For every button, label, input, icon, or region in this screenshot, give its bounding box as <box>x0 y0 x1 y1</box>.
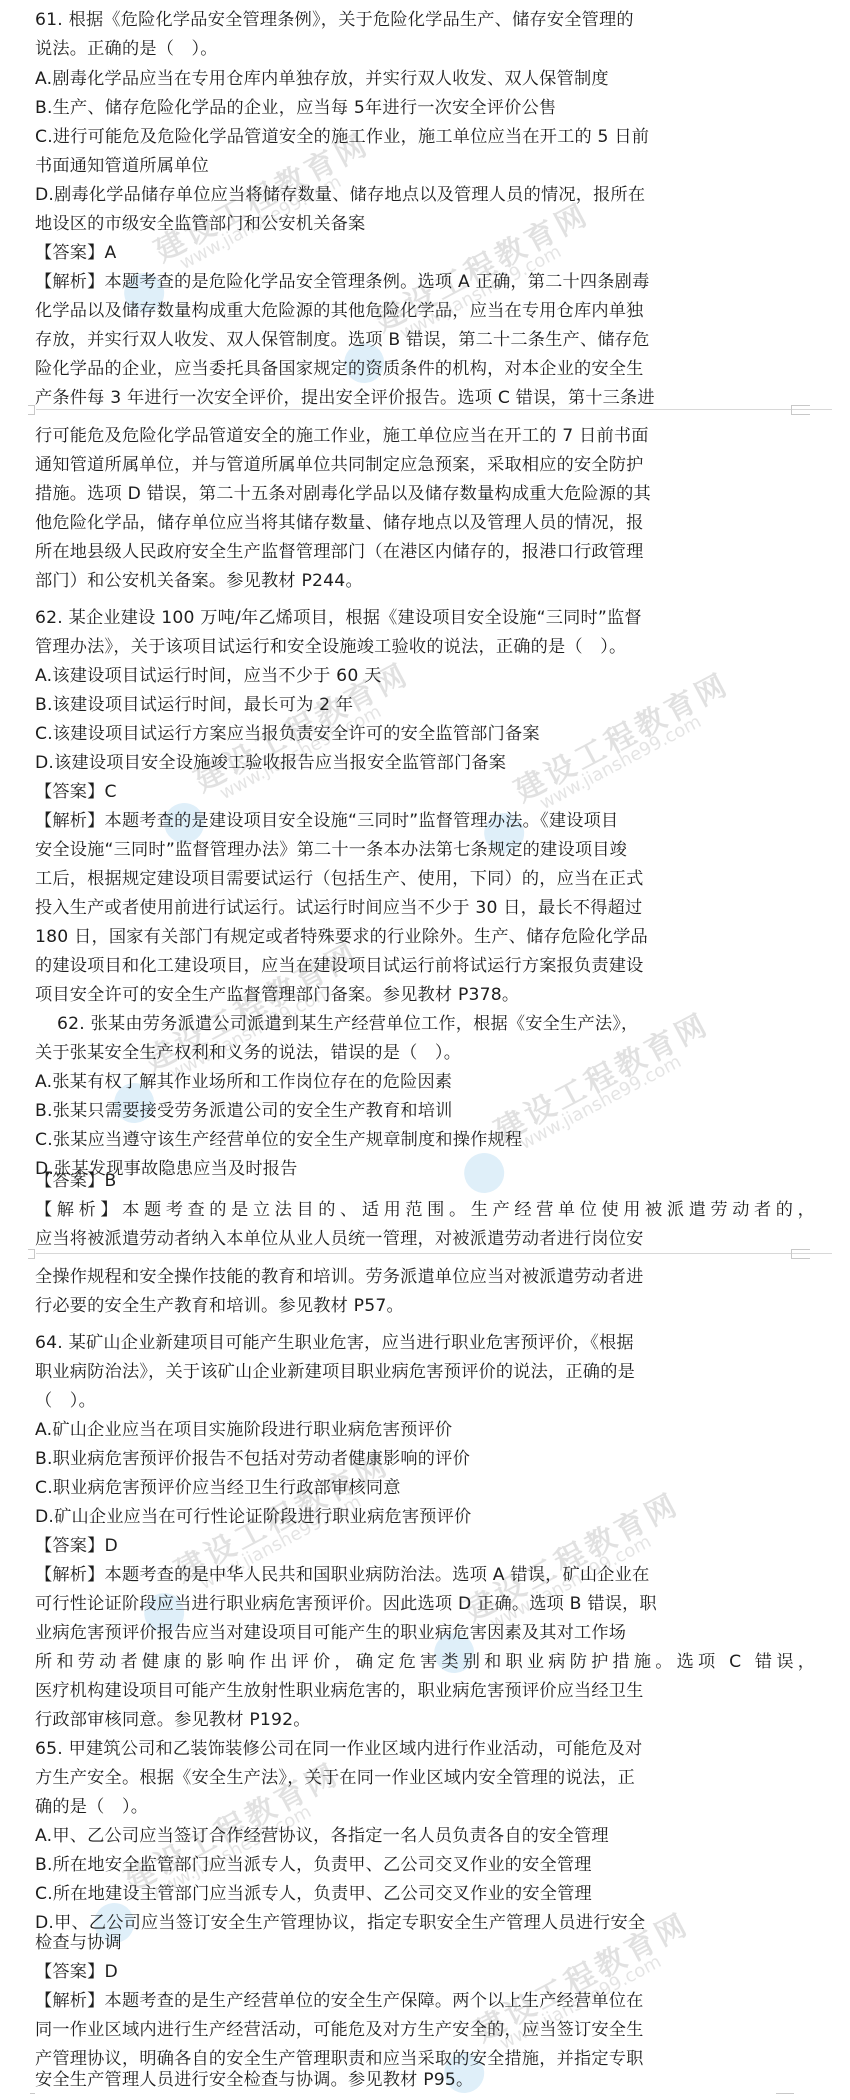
question-stem: 61. 根据《危险化学品安全管理条例》，关于危险化学品生产、储存安全管理的 <box>35 9 475 31</box>
text-line: 他危险化学品，储存单位应当将其储存数量、储存地点以及管理人员的情况，报 <box>35 512 475 534</box>
text-line: 产条件每 3 年进行一次安全评价，提出安全评价报告。选项 C 错误，第十三条进 <box>35 387 475 409</box>
watermark-text: 建设工程教育网 <box>505 659 736 810</box>
text-line: 行必要的安全生产教育和培训。参见教材 P57。 <box>35 1295 475 1317</box>
option-line: A.矿山企业应当在项目实施阶段进行职业病危害预评价 <box>35 1419 475 1441</box>
text-line: 应当将被派遣劳动者纳入本单位从业人员统一管理，对被派遣劳动者进行岗位安 <box>35 1228 475 1250</box>
text-line: 所和劳动者健康的影响作出评价，确定危害类别和职业病防护措施。选项 C 错误， <box>35 1651 475 1673</box>
text-line: 投入生产或者使用前进行试运行。试运行时间应当不少于 30 日，最长不得超过 <box>35 897 475 919</box>
analysis-line: 【解析】本题考查的是中华人民共和国职业病防治法。选项 A 错误，矿山企业在 <box>35 1564 475 1586</box>
question-stem: 62. 某企业建设 100 万吨/年乙烯项目，根据《建设项目安全设施“三同时”监… <box>35 607 475 629</box>
option-line: B.张某只需要接受劳务派遣公司的安全生产教育和培训 <box>35 1100 475 1122</box>
text-line: 地设区的市级安全监管部门和公安机关备案 <box>35 213 475 235</box>
text-line: 方生产安全。根据《安全生产法》，关于在同一作业区域内安全管理的说法，正 <box>35 1767 475 1789</box>
analysis-line: 【解析】本题考查的是立法目的、适用范围。生产经营单位使用被派遣劳动者的， <box>35 1199 475 1221</box>
text-line: （ ）。 <box>35 1390 475 1412</box>
watermark: 建设工程教育网www.jianshe99.com <box>450 1017 699 1200</box>
text-line: 安全设施“三同时”监督管理办法》第二十一条本办法第七条规定的建设项目竣 <box>35 839 475 861</box>
page-divider <box>36 409 832 410</box>
text-line: 180 日，国家有关部门有规定或者特殊要求的行业除外。生产、储存危险化学品 <box>35 926 475 948</box>
text-line: 检查与协调 <box>35 1932 475 1954</box>
text-line: 通知管道所属单位，并与管道所属单位共同制定应急预案，采取相应的安全防护 <box>35 454 475 476</box>
page-corner-mark <box>30 2093 35 2094</box>
text-line: 产管理协议，明确各自的安全生产管理职责和应当采取的安全措施，并指定专职 <box>35 2048 475 2070</box>
option-line: C.张某应当遵守该生产经营单位的安全生产规章制度和操作规程 <box>35 1129 475 1151</box>
text-line: 项目安全许可的安全生产监督管理部门备案。参见教材 P378。 <box>35 984 475 1006</box>
option-line: C.职业病危害预评价应当经卫生行政部审核同意 <box>35 1477 475 1499</box>
page-corner-mark <box>28 405 35 415</box>
text-line: 医疗机构建设项目可能产生放射性职业病危害的，职业病危害预评价应当经卫生 <box>35 1680 475 1702</box>
text-line: 同一作业区域内进行生产经营活动，可能危及对方生产安全的，应当签订安全生 <box>35 2019 475 2041</box>
question-stem: 64. 某矿山企业新建项目可能产生职业危害，应当进行职业危害预评价，《根据 <box>35 1332 475 1354</box>
text-line: 的建设项目和化工建设项目，应当在建设项目试运行前将试运行方案报负责建设 <box>35 955 475 977</box>
text-line: 部门）和公安机关备案。参见教材 P244。 <box>35 570 475 592</box>
text-line: 职业病防治法》，关于该矿山企业新建项目职业病危害预评价的说法，正确的是 <box>35 1361 475 1383</box>
option-line: C.该建设项目试运行方案应当报负责安全许可的安全监管部门备案 <box>35 723 475 745</box>
page-corner-mark <box>791 405 810 415</box>
text-line: 险化学品的企业，应当委托具备国家规定的资质条件的机构，对本企业的安全生 <box>35 358 475 380</box>
watermark: 建设工程教育网www.jianshe99.com <box>470 677 719 860</box>
option-line: A.张某有权了解其作业场所和工作岗位存在的危险因素 <box>35 1071 475 1093</box>
question-stem: 62. 张某由劳务派遣公司派遣到某生产经营单位工作，根据《安全生产法》， <box>57 1013 497 1035</box>
watermark-url: www.jianshe99.com <box>516 1051 684 1154</box>
text-line: 安全生产管理人员进行安全检查与协调。参见教材 P95。 <box>35 2069 475 2091</box>
page-break <box>28 1249 850 1259</box>
option-line: C.进行可能危及危险化学品管道安全的施工作业，施工单位应当在开工的 5 日前 <box>35 126 475 148</box>
option-line: A.甲、乙公司应当签订合作经营协议，各指定一名人员负责各自的安全管理 <box>35 1825 475 1847</box>
text-line: 工后，根据规定建设项目需要试运行（包括生产、使用，下同）的，应当在正式 <box>35 868 475 890</box>
text-line: 存放，并实行双人收发、双人保管制度。选项 B 错误，第二十二条生产、储存危 <box>35 329 475 351</box>
option-line: A.剧毒化学品应当在专用仓库内单独存放，并实行双人收发、双人保管制度 <box>35 68 475 90</box>
text-line: 全操作规程和安全操作技能的教育和培训。劳务派遣单位应当对被派遣劳动者进 <box>35 1266 475 1288</box>
text-line: 关于张某安全生产权利和义务的说法，错误的是（ ）。 <box>35 1042 475 1064</box>
analysis-line: 【解析】本题考查的是建设项目安全设施“三同时”监督管理办法。《建设项目 <box>35 810 475 832</box>
text-line: 业病危害预评价报告应当对建设项目可能产生的职业病危害因素及其对工作场 <box>35 1622 475 1644</box>
watermark-url: www.jianshe99.com <box>536 711 704 814</box>
text-line: 行可能危及危险化学品管道安全的施工作业，施工单位应当在开工的 7 日前书面 <box>35 425 475 447</box>
answer-line: 【答案】C <box>35 781 475 803</box>
option-line: A.该建设项目试运行时间，应当不少于 60 天 <box>35 665 475 687</box>
page-corner-mark <box>776 2093 794 2094</box>
answer-line: 【答案】B <box>35 1170 475 1192</box>
option-line: D.该建设项目安全设施竣工验收报告应当报安全监管部门备案 <box>35 752 475 774</box>
option-line: B.生产、储存危险化学品的企业，应当每 5年进行一次安全评价公售 <box>35 97 475 119</box>
option-line: D.矿山企业应当在可行性论证阶段进行职业病危害预评价 <box>35 1506 475 1528</box>
text-line: 确的是（ ）。 <box>35 1796 475 1818</box>
text-line: 说法。正确的是（ ）。 <box>35 38 475 60</box>
option-line: B.该建设项目试运行时间，最长可为 2 年 <box>35 694 475 716</box>
text-line: 化学品以及储存数量构成重大危险源的其他危险化学品，应当在专用仓库内单独 <box>35 300 475 322</box>
text-line: 书面通知管道所属单位 <box>35 155 475 177</box>
page-divider <box>36 1253 832 1254</box>
option-line: D.甲、乙公司应当签订安全生产管理协议，指定专职安全生产管理人员进行安全 <box>35 1912 475 1934</box>
text-line: 所在地县级人民政府安全生产监督管理部门（在港区内储存的，报港口行政管理 <box>35 541 475 563</box>
option-line: B.所在地安全监管部门应当派专人，负责甲、乙公司交叉作业的安全管理 <box>35 1854 475 1876</box>
option-line: C.所在地建设主管部门应当派专人，负责甲、乙公司交叉作业的安全管理 <box>35 1883 475 1905</box>
page-corner-mark <box>791 1249 810 1259</box>
page-corner-mark <box>28 1249 35 1259</box>
option-line: D.剧毒化学品储存单位应当将储存数量、储存地点以及管理人员的情况，报所在 <box>35 184 475 206</box>
analysis-line: 【解析】本题考查的是危险化学品安全管理条例。选项 A 正确，第二十四条剧毒 <box>35 271 475 293</box>
answer-line: 【答案】D <box>35 1535 475 1557</box>
analysis-line: 【解析】本题考查的是生产经营单位的安全生产保障。两个以上生产经营单位在 <box>35 1990 475 2012</box>
option-line: B.职业病危害预评价报告不包括对劳动者健康影响的评价 <box>35 1448 475 1470</box>
text-line: 可行性论证阶段应当进行职业病危害预评价。因此选项 D 正确。选项 B 错误，职 <box>35 1593 475 1615</box>
answer-line: 【答案】D <box>35 1961 475 1983</box>
text-line: 行政部审核同意。参见教材 P192。 <box>35 1709 475 1731</box>
text-line: 管理办法》，关于该项目试运行和安全设施竣工验收的说法，正确的是（ ）。 <box>35 636 475 658</box>
document-page: 建设工程教育网www.jianshe99.com建设工程教育网www.jians… <box>0 0 850 2100</box>
text-line: 措施。选项 D 错误，第二十五条对剧毒化学品以及储存数量构成重大危险源的其 <box>35 483 475 505</box>
answer-line: 【答案】A <box>35 242 475 264</box>
question-stem: 65. 甲建筑公司和乙装饰装修公司在同一作业区域内进行作业活动，可能危及对 <box>35 1738 475 1760</box>
